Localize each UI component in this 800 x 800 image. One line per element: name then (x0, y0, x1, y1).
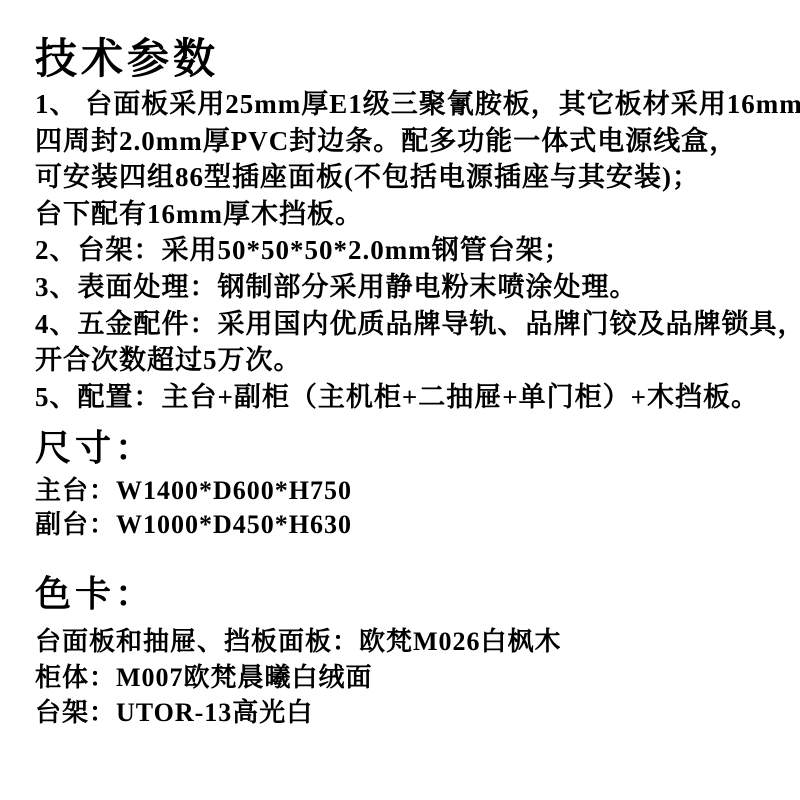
spec-line-3: 可安装四组86型插座面板(不包括电源插座与其安装)； (35, 159, 795, 196)
tech-specs-paragraph: 1、 台面板采用25mm厚E1级三聚氰胺板，其它板材采用16mm厚， 四周封2.… (35, 86, 795, 415)
dimensions-list: 主台：W1400*D600*H750 副台：W1000*D450*H630 (35, 474, 352, 542)
spec-line-1: 1、 台面板采用25mm厚E1级三聚氰胺板，其它板材采用16mm厚， (35, 86, 795, 123)
color-line-cabinet-body: 柜体：M007欧梵晨曦白绒面 (35, 660, 562, 696)
spec-line-9: 5、配置：主台+副柜（主机柜+二抽屉+单门柜）+木挡板。 (35, 379, 795, 416)
spec-line-5: 2、台架：采用50*50*50*2.0mm钢管台架； (35, 232, 795, 269)
color-line-desk-frame: 台架：UTOR-13高光白 (35, 695, 562, 731)
spec-line-6: 3、表面处理：钢制部分采用静电粉末喷涂处理。 (35, 269, 795, 306)
spec-line-8: 开合次数超过5万次。 (35, 342, 795, 379)
spec-line-7: 4、五金配件：采用国内优质品牌导轨、品牌门铰及品牌锁具， (35, 306, 795, 343)
spec-document-page: 技术参数 1、 台面板采用25mm厚E1级三聚氰胺板，其它板材采用16mm厚， … (0, 0, 800, 800)
dimensions-heading: 尺寸： (35, 420, 155, 471)
color-card-heading: 色卡： (35, 566, 155, 617)
spec-line-4: 台下配有16mm厚木挡板。 (35, 196, 795, 233)
dimension-line-main-desk: 主台：W1400*D600*H750 (35, 474, 352, 508)
color-line-desktop-panels: 台面板和抽屉、挡板面板：欧梵M026白枫木 (35, 624, 562, 660)
tech-specs-heading: 技术参数 (35, 26, 219, 86)
dimension-line-side-desk: 副台：W1000*D450*H630 (35, 508, 352, 542)
spec-line-2: 四周封2.0mm厚PVC封边条。配多功能一体式电源线盒， (35, 123, 795, 160)
color-card-list: 台面板和抽屉、挡板面板：欧梵M026白枫木 柜体：M007欧梵晨曦白绒面 台架：… (35, 624, 562, 731)
